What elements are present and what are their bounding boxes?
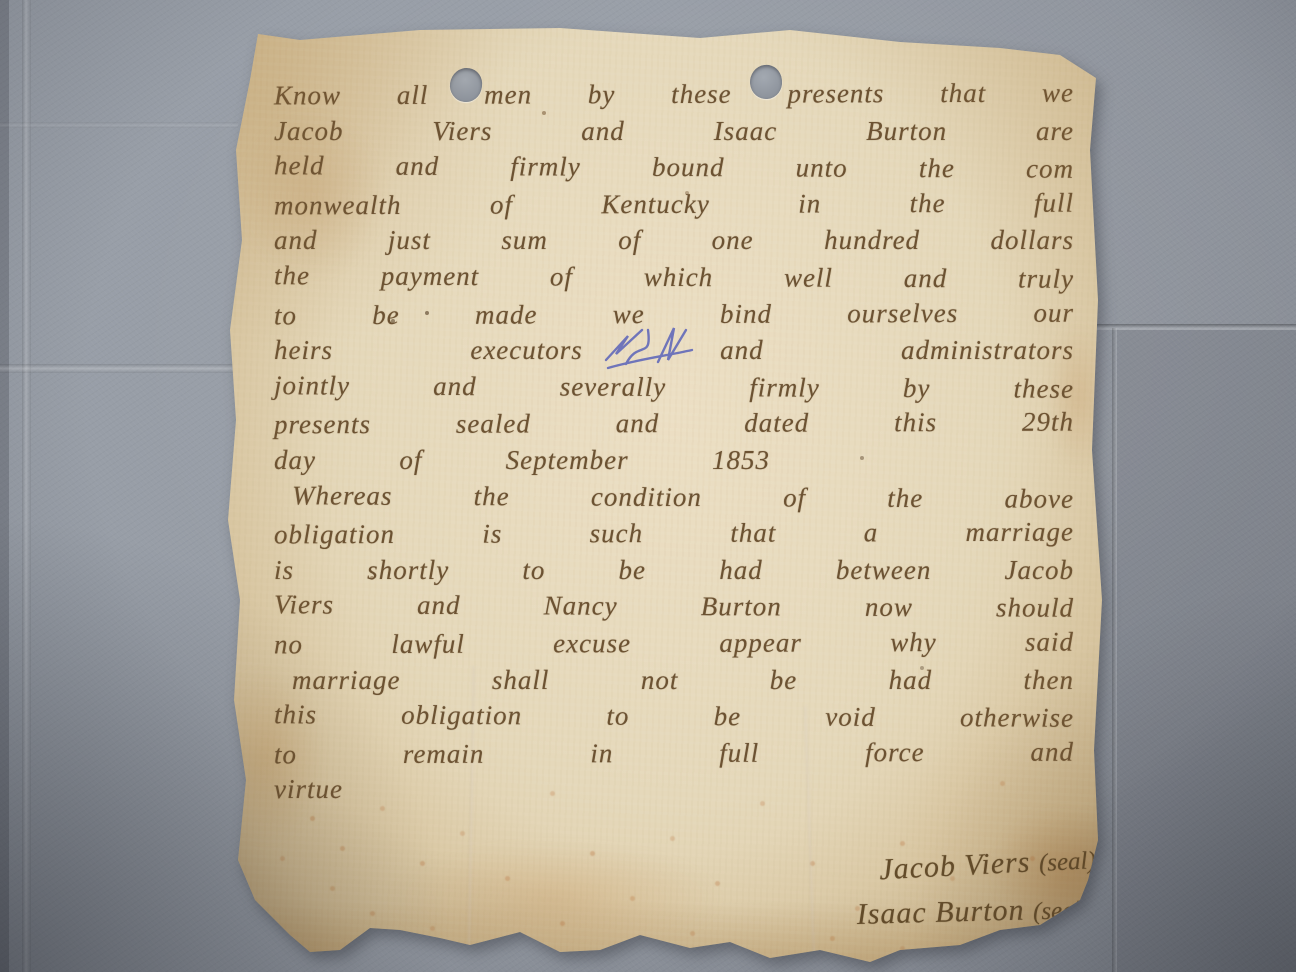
handwritten-line: to remain in full force and — [274, 733, 1074, 772]
handwritten-line: is shortly to be had between Jacob — [274, 552, 1074, 589]
surface-seam-vertical-left — [22, 0, 31, 972]
signature-isaac-burton: Isaac Burton (seal) — [620, 892, 1091, 938]
handwritten-line: jointly and severally firmly by these — [274, 367, 1074, 407]
foxing-speckles — [310, 816, 315, 821]
handwritten-line: this obligation to be void otherwise — [274, 696, 1074, 736]
handwritten-line: obligation is such that a marriage — [274, 514, 1074, 553]
paper-crease — [804, 706, 816, 956]
handwritten-line: marriage shall not be had then — [274, 662, 1074, 699]
signature-name: Jacob Viers — [878, 846, 1031, 887]
document-paper: Know all men by these presents that we J… — [220, 26, 1122, 968]
handwritten-line: day of September 1853 — [274, 442, 770, 479]
handwritten-line: Viers and Nancy Burton now should — [274, 587, 1074, 627]
photo-of-handwritten-document: Know all men by these presents that we J… — [0, 0, 1296, 972]
handwritten-line: held and firmly bound unto the com — [274, 147, 1074, 187]
signature-jacob-viers: Jacob Viers (seal) — [639, 842, 1096, 900]
paper-stain — [1046, 322, 1110, 472]
surface-panel-right — [1117, 330, 1296, 972]
paper-stain — [236, 110, 386, 280]
seal-mark: (seal) — [1038, 847, 1096, 877]
document-paper-wrapper: Know all men by these presents that we J… — [220, 26, 1122, 968]
handwritten-line: Jacob Viers and Isaac Burton are — [274, 113, 1074, 150]
punch-hole-right — [748, 63, 783, 100]
handwritten-line: virtue — [274, 771, 1074, 808]
paper-stain — [206, 666, 326, 846]
handwritten-line: no lawful excuse appear why said — [274, 624, 1074, 663]
handwritten-line: to be made we bind ourselves our — [274, 294, 1074, 333]
surface-edge-shadow — [0, 0, 9, 972]
seal-mark: (seal) — [1033, 897, 1091, 925]
signature-name: Isaac Burton — [856, 894, 1025, 931]
punch-hole-left — [448, 66, 484, 104]
surface-seam-horizontal-mid-left — [0, 364, 246, 373]
handwritten-text: Know all men by these presents that we J… — [274, 76, 1074, 808]
blue-ink-scribble — [600, 320, 700, 376]
handwritten-line: Whereas the condition of the above — [274, 477, 1074, 517]
paper-crease — [468, 666, 476, 946]
handwritten-line: heirs executors and administrators — [274, 332, 1074, 369]
ink-specks — [425, 311, 429, 315]
handwritten-line: Know all men by these presents that we — [274, 75, 1074, 114]
handwritten-line: the payment of which well and truly — [274, 257, 1074, 297]
handwritten-line: monwealth of Kentucky in the full — [274, 184, 1074, 223]
handwritten-line: and just sum of one hundred dollars — [274, 222, 1074, 259]
paper-stain — [990, 806, 1140, 936]
handwritten-line: presents sealed and dated this 29th — [274, 404, 1074, 443]
paper-stain — [390, 842, 720, 957]
surface-seam-horizontal-upper-left — [0, 122, 238, 128]
